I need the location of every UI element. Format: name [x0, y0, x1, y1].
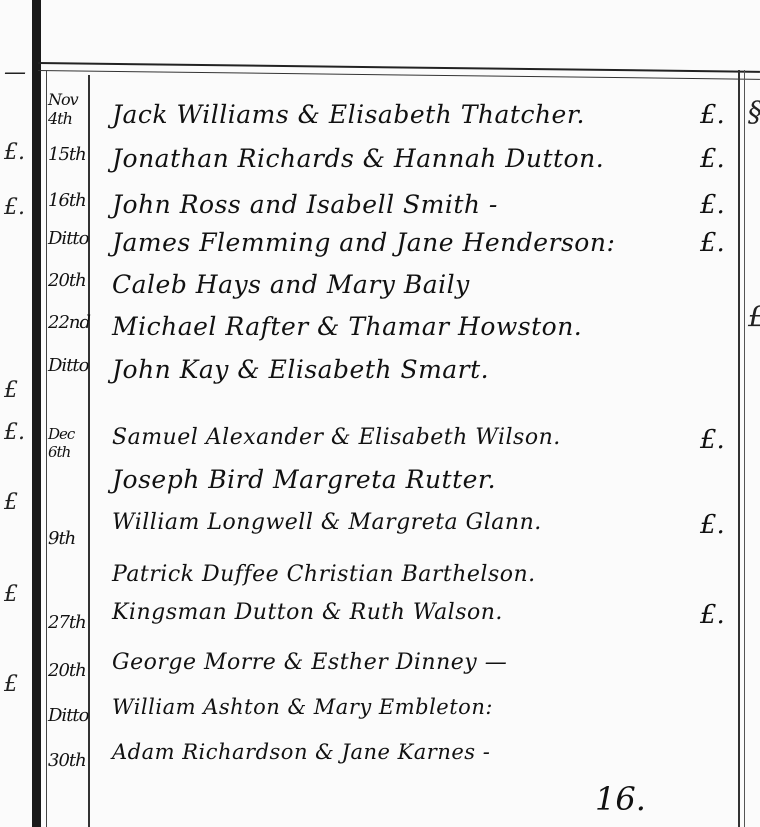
entry-names: Jack Williams & Elisabeth Thatcher. — [112, 100, 672, 129]
entry-names: William Ashton & Mary Embleton: — [112, 695, 672, 719]
register-row: 30th Adam Richardson & Jane Karnes - — [0, 740, 760, 780]
entry-date: 27th — [48, 612, 88, 633]
entry-date: 9th — [48, 528, 88, 549]
entry-fee: £. — [700, 425, 725, 455]
register-row: Joseph Bird Margreta Rutter. — [0, 465, 760, 505]
margin-mark: — — [4, 60, 26, 85]
entry-names: John Kay & Elisabeth Smart. — [112, 355, 672, 384]
entry-date: 16th — [48, 190, 88, 211]
register-row: 20th Caleb Hays and Mary Baily — [0, 270, 760, 310]
entry-names: John Ross and Isabell Smith - — [112, 190, 672, 219]
entry-fee: £. — [700, 144, 725, 174]
register-page: — £. £. £ £. £ £ £ § £ Nov 4th Jack Will… — [0, 0, 760, 827]
register-row: 22nd Michael Rafter & Thamar Howston. — [0, 312, 760, 352]
entry-date: 20th — [48, 660, 88, 681]
register-row: 20th George Morre & Esther Dinney — — [0, 650, 760, 690]
entry-date: 30th — [48, 750, 88, 771]
register-row: Nov 4th Jack Williams & Elisabeth Thatch… — [0, 100, 760, 140]
entry-date: Nov 4th — [48, 90, 88, 128]
entry-fee: £. — [700, 190, 725, 220]
entry-date: Dec 6th — [48, 425, 88, 461]
entry-date: Ditto — [48, 355, 88, 376]
entry-fee: £. — [700, 510, 725, 540]
register-row: Ditto William Ashton & Mary Embleton: — [0, 695, 760, 735]
entry-names: Patrick Duffee Christian Barthelson. — [112, 562, 672, 587]
entry-fee: £. — [700, 228, 725, 258]
entry-names: William Longwell & Margreta Glann. — [112, 510, 672, 535]
register-row: 27th Kingsman Dutton & Ruth Walson. £. — [0, 600, 760, 640]
entry-names: Michael Rafter & Thamar Howston. — [112, 312, 672, 341]
entry-date: Ditto — [48, 228, 88, 249]
register-row: Ditto John Kay & Elisabeth Smart. — [0, 355, 760, 395]
entry-names: James Flemming and Jane Henderson: — [112, 228, 672, 257]
entry-names: George Morre & Esther Dinney — — [112, 650, 672, 675]
entry-names: Jonathan Richards & Hannah Dutton. — [112, 144, 672, 173]
entry-names: Adam Richardson & Jane Karnes - — [112, 740, 672, 764]
register-row: Dec 6th Samuel Alexander & Elisabeth Wil… — [0, 425, 760, 465]
entry-date: Ditto — [48, 705, 88, 726]
entry-date: 20th — [48, 270, 88, 291]
register-row: Ditto James Flemming and Jane Henderson:… — [0, 228, 760, 268]
register-row: Patrick Duffee Christian Barthelson. — [0, 562, 760, 602]
entry-names: Samuel Alexander & Elisabeth Wilson. — [112, 425, 672, 450]
entry-date: 15th — [48, 144, 88, 165]
entry-names: Caleb Hays and Mary Baily — [112, 270, 672, 299]
page-total: 16. — [595, 780, 646, 818]
register-row: 9th William Longwell & Margreta Glann. £… — [0, 510, 760, 550]
register-row: 16th John Ross and Isabell Smith - £. — [0, 190, 760, 230]
entry-fee: £. — [700, 100, 725, 130]
entry-fee: £. — [700, 600, 725, 630]
entry-names: Kingsman Dutton & Ruth Walson. — [112, 600, 672, 625]
register-row: 15th Jonathan Richards & Hannah Dutton. … — [0, 144, 760, 184]
entry-names: Joseph Bird Margreta Rutter. — [112, 465, 672, 494]
entry-date: 22nd — [48, 312, 88, 333]
